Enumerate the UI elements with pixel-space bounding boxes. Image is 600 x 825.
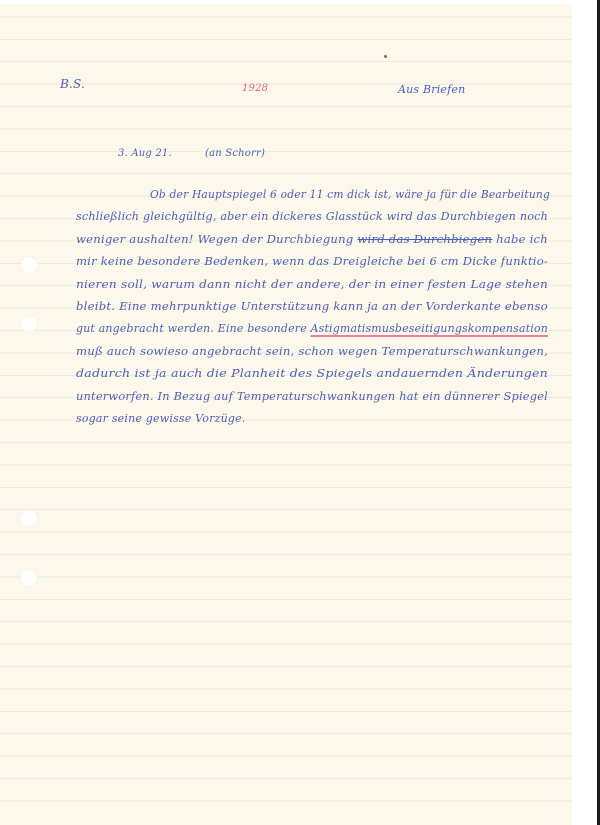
struck-out-text: wird das Durchbiegen <box>357 233 492 246</box>
line-text: bleibt. Eine mehrpunktige Unterstützung … <box>76 300 548 313</box>
punch-hole <box>21 570 37 586</box>
punch-hole <box>21 316 37 332</box>
ink-speck <box>384 55 387 58</box>
line-text: muß auch sowieso angebracht sein, schon … <box>76 345 548 358</box>
body-line: bleibt. Eine mehrpunktige Unterstützung … <box>76 300 548 313</box>
header-initials: B.S. <box>60 77 85 91</box>
body-line: gut angebracht werden. Eine besondere As… <box>76 322 548 335</box>
body-line: sogar seine gewisse Vorzüge. <box>76 412 246 425</box>
line-text: gut angebracht werden. Eine besondere <box>76 322 311 335</box>
punch-hole <box>21 257 37 273</box>
header-year: 1928 <box>242 83 268 94</box>
header-source: Aus Briefen <box>398 83 465 96</box>
punch-hole <box>21 510 37 526</box>
line-text: unterworfen. In Bezug auf Temperaturschw… <box>76 390 548 403</box>
body-line: Ob der Hauptspiegel 6 oder 11 cm dick is… <box>150 188 550 201</box>
line-text: nieren soll, warum dann nicht der andere… <box>76 278 548 291</box>
body-line: unterworfen. In Bezug auf Temperaturschw… <box>76 390 548 403</box>
line-text: sogar seine gewisse Vorzüge. <box>76 412 246 425</box>
body-line: schließlich gleichgültig, aber ein dicke… <box>76 210 548 223</box>
body-line: weniger aushalten! Wegen der Durchbiegun… <box>76 233 548 246</box>
letter-date: 3. Aug 21. <box>118 148 172 159</box>
line-text: habe ich <box>492 233 548 246</box>
body-line: nieren soll, warum dann nicht der andere… <box>76 278 548 291</box>
body-line: dadurch ist ja auch die Planheit des Spi… <box>76 367 548 380</box>
body-line: mir keine besondere Bedenken, wenn das D… <box>76 255 548 268</box>
line-text: weniger aushalten! Wegen der Durchbiegun… <box>76 233 357 246</box>
letter-recipient-note: (an Schorr) <box>205 148 265 159</box>
line-text: mir keine besondere Bedenken, wenn das D… <box>76 255 548 268</box>
line-text: Ob der Hauptspiegel 6 oder 11 cm dick is… <box>150 188 550 201</box>
scan-right-margin <box>572 0 598 825</box>
line-text: schließlich gleichgültig, aber ein dicke… <box>76 210 548 223</box>
line-text: dadurch ist ja auch die Planheit des Spi… <box>76 367 548 380</box>
body-line: muß auch sowieso angebracht sein, schon … <box>76 345 548 358</box>
red-underlined-term: Astigmatismusbeseitigungskompensation <box>311 322 548 337</box>
